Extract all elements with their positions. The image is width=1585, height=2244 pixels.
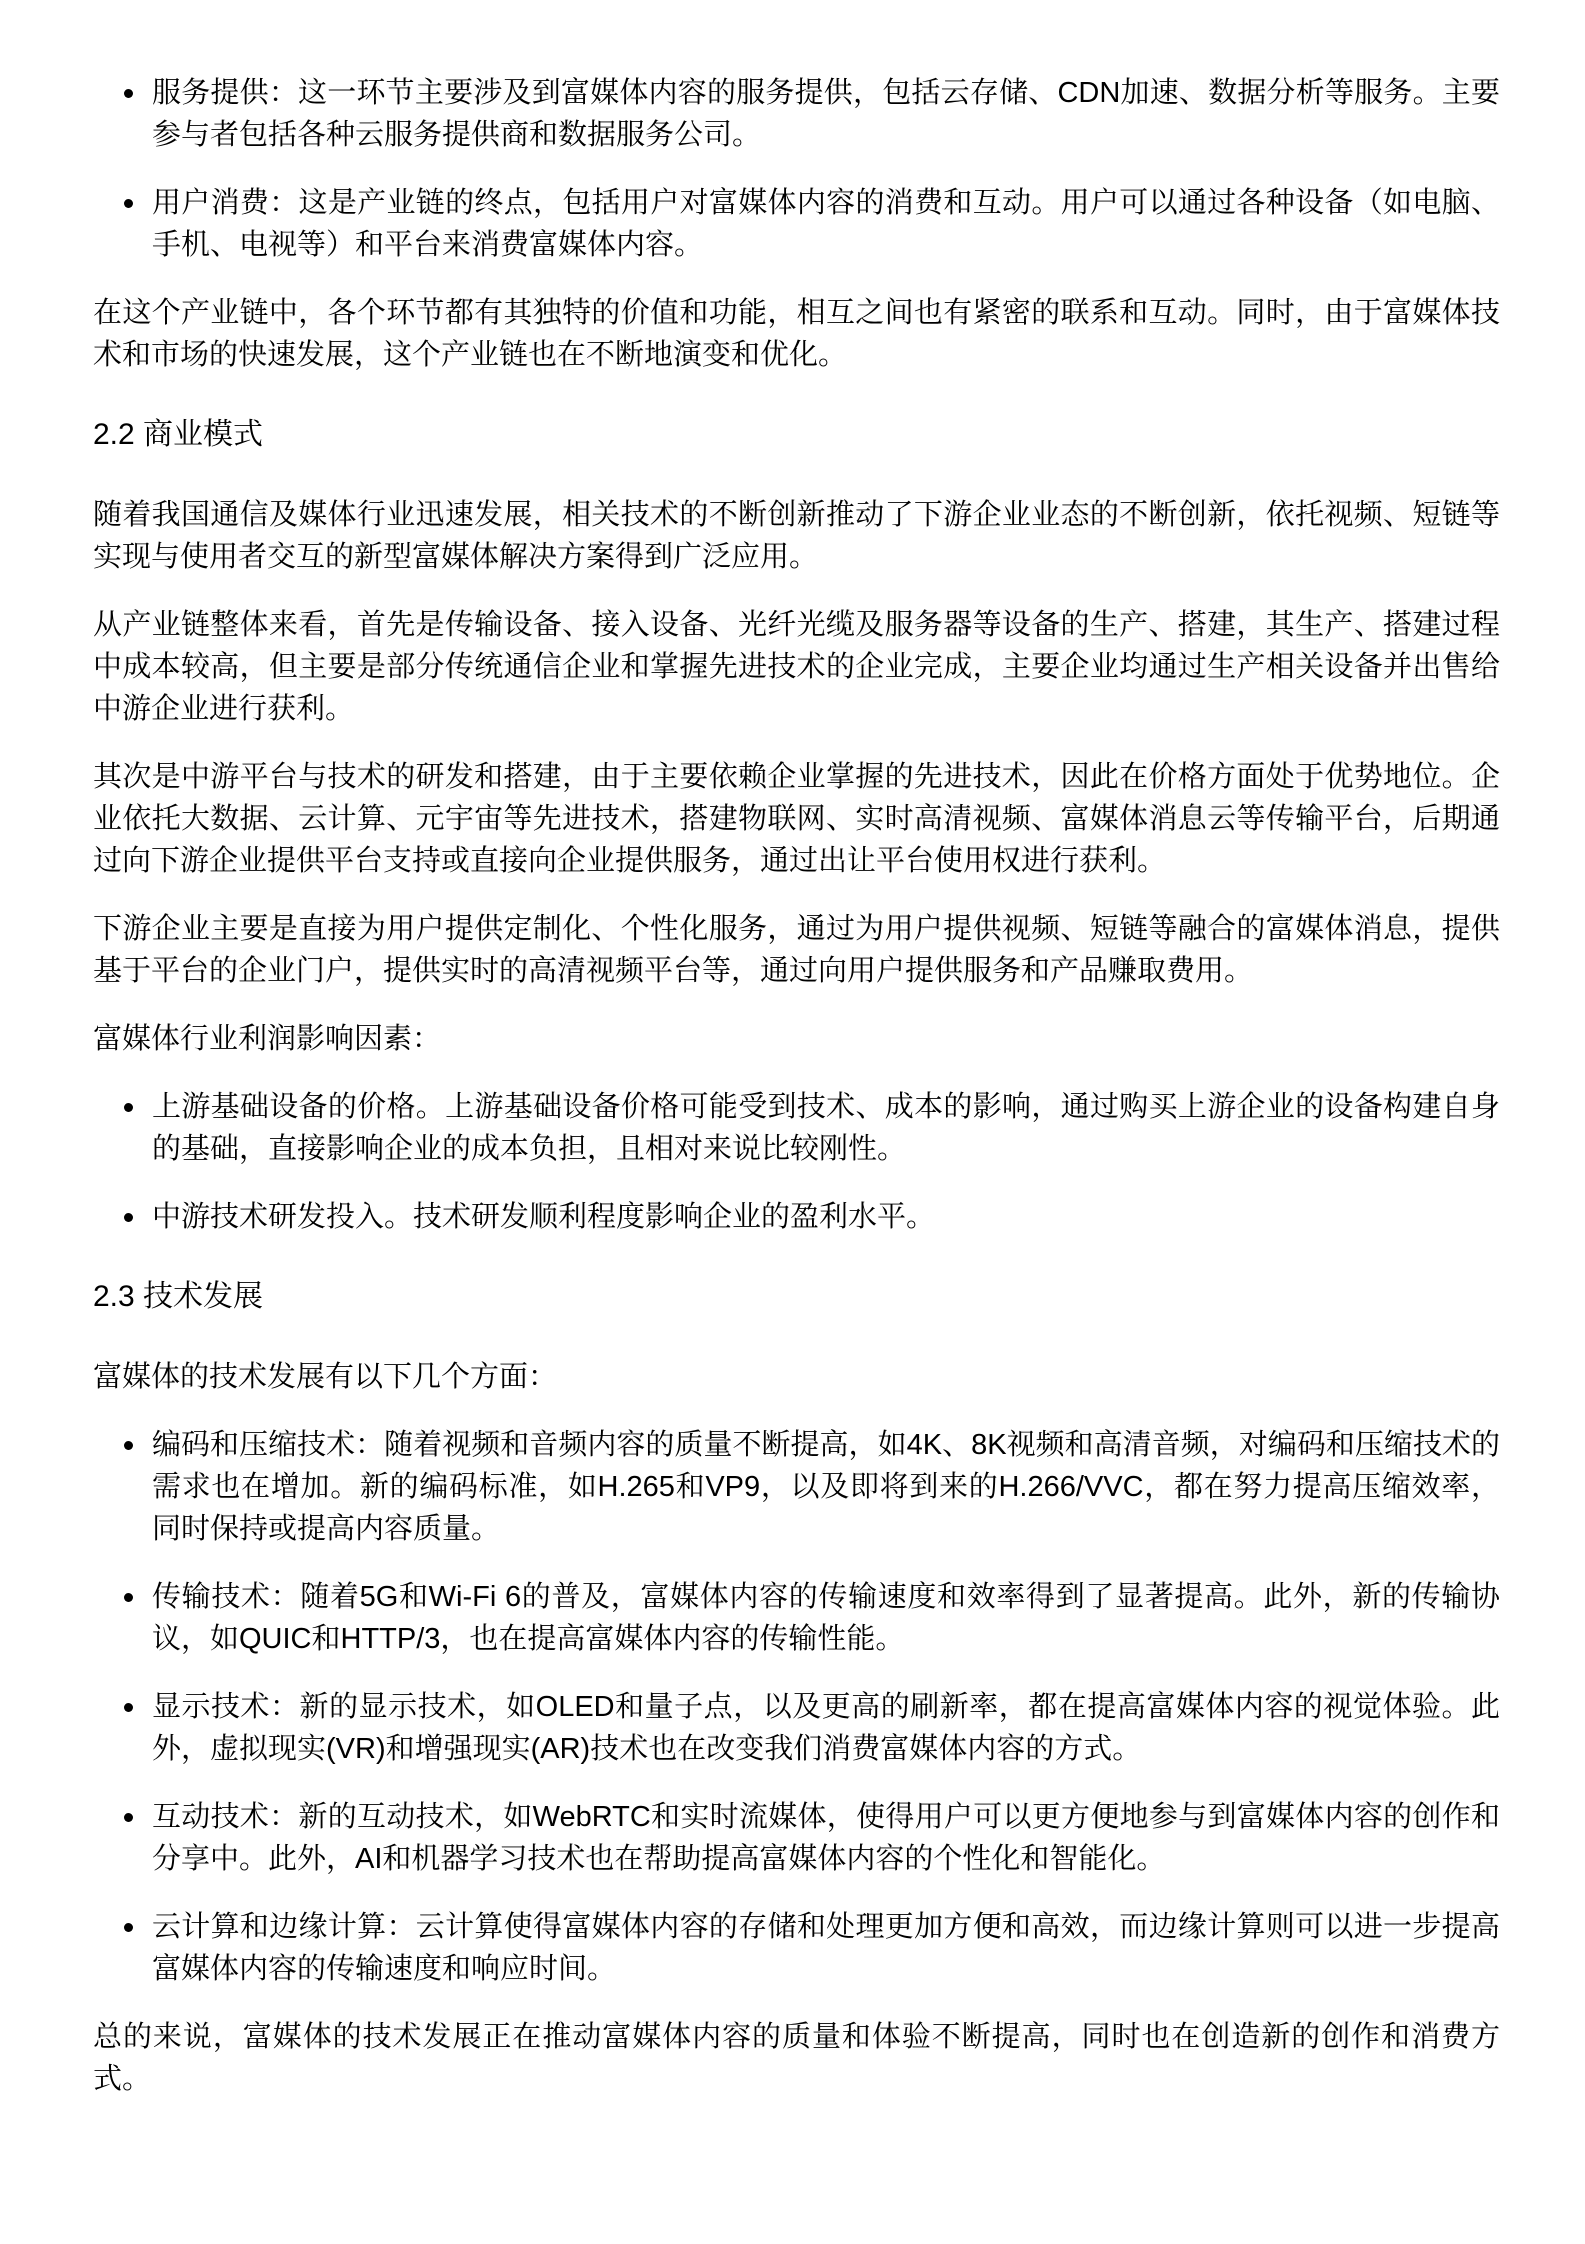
tech-development-summary-paragraph: 总的来说，富媒体的技术发展正在推动富媒体内容的质量和体验不断提高，同时也在创造新… — [93, 2016, 1500, 2100]
industry-chain-roles-list: 服务提供：这一环节主要涉及到富媒体内容的服务提供，包括云存储、CDN加速、数据分… — [93, 72, 1500, 266]
list-item-transmission: 传输技术：随着5G和Wi-Fi 6的普及，富媒体内容的传输速度和效率得到了显著提… — [93, 1576, 1500, 1660]
list-item-cloud-edge: 云计算和边缘计算：云计算使得富媒体内容的存储和处理更加方便和高效，而边缘计算则可… — [93, 1906, 1500, 1990]
industry-chain-summary-paragraph: 在这个产业链中，各个环节都有其独特的价值和功能，相互之间也有紧密的联系和互动。同… — [93, 292, 1500, 376]
list-item-user-consumption: 用户消费：这是产业链的终点，包括用户对富媒体内容的消费和互动。用户可以通过各种设… — [93, 182, 1500, 266]
list-item-midstream-rd-investment: 中游技术研发投入。技术研发顺利程度影响企业的盈利水平。 — [93, 1196, 1500, 1238]
tech-development-list: 编码和压缩技术：随着视频和音频内容的质量不断提高，如4K、8K视频和高清音频，对… — [93, 1424, 1500, 1990]
section-heading-2-2: 2.2 商业模式 — [93, 414, 1500, 456]
tech-development-intro: 富媒体的技术发展有以下几个方面： — [93, 1356, 1500, 1398]
list-item-service-provision: 服务提供：这一环节主要涉及到富媒体内容的服务提供，包括云存储、CDN加速、数据分… — [93, 72, 1500, 156]
list-item-upstream-equipment-price: 上游基础设备的价格。上游基础设备价格可能受到技术、成本的影响，通过购买上游企业的… — [93, 1086, 1500, 1170]
business-model-paragraph-1: 随着我国通信及媒体行业迅速发展，相关技术的不断创新推动了下游企业业态的不断创新，… — [93, 494, 1500, 578]
list-item-display: 显示技术：新的显示技术，如OLED和量子点，以及更高的刷新率，都在提高富媒体内容… — [93, 1686, 1500, 1770]
list-item-interaction: 互动技术：新的互动技术，如WebRTC和实时流媒体，使得用户可以更方便地参与到富… — [93, 1796, 1500, 1880]
profit-factors-list: 上游基础设备的价格。上游基础设备价格可能受到技术、成本的影响，通过购买上游企业的… — [93, 1086, 1500, 1238]
profit-factors-intro: 富媒体行业利润影响因素： — [93, 1018, 1500, 1060]
business-model-paragraph-4: 下游企业主要是直接为用户提供定制化、个性化服务，通过为用户提供视频、短链等融合的… — [93, 908, 1500, 992]
document-page: 服务提供：这一环节主要涉及到富媒体内容的服务提供，包括云存储、CDN加速、数据分… — [0, 0, 1585, 2244]
business-model-paragraph-3: 其次是中游平台与技术的研发和搭建，由于主要依赖企业掌握的先进技术，因此在价格方面… — [93, 756, 1500, 882]
business-model-paragraph-2: 从产业链整体来看，首先是传输设备、接入设备、光纤光缆及服务器等设备的生产、搭建，… — [93, 604, 1500, 730]
list-item-codec-compression: 编码和压缩技术：随着视频和音频内容的质量不断提高，如4K、8K视频和高清音频，对… — [93, 1424, 1500, 1550]
section-heading-2-3: 2.3 技术发展 — [93, 1276, 1500, 1318]
